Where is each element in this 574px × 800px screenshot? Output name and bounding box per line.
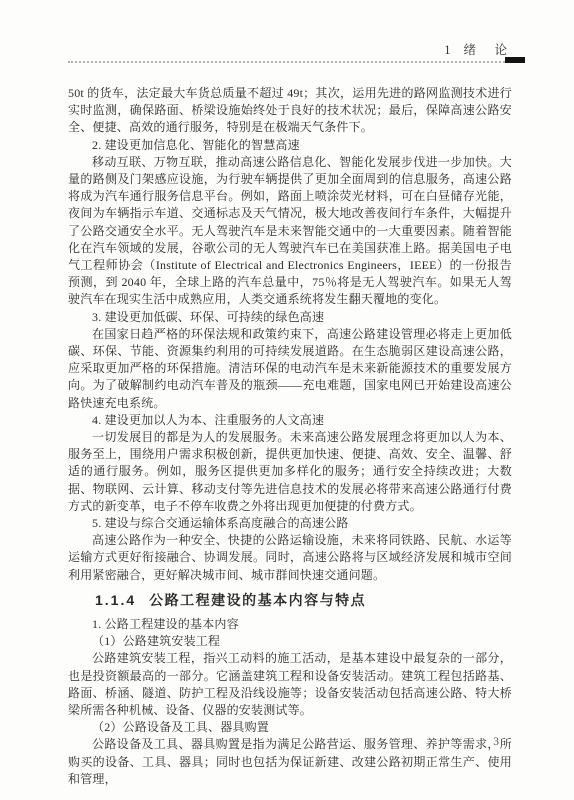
list-item-heading: 5. 建设与综合交通运输体系高度融合的高速公路 xyxy=(68,515,512,532)
paragraph: 一切发展目的都是为人的发展服务。未来高速公路发展理念将更加以人为本、服务至上，围… xyxy=(68,429,512,515)
header-black-tick xyxy=(505,57,525,63)
section-title: 公路工程建设的基本内容与特点 xyxy=(149,592,366,608)
chapter-title: 绪 论 xyxy=(463,43,510,57)
list-item-heading: （1）公路建筑安装工程 xyxy=(68,633,512,650)
header-dotted-rule xyxy=(68,61,512,63)
paragraph: 公路建筑安装工程，指兴工动料的施工活动，是基本建设中最复杂的一部分，也是投资额最… xyxy=(68,650,512,719)
page-body: 50t 的货车，法定最大车货总质量不超过 49t；其次，运用先进的路网监测技术进… xyxy=(68,85,512,788)
list-item-heading: 2. 建设更加信息化、智能化的智慧高速 xyxy=(68,137,512,154)
section-heading: 1.1.4公路工程建设的基本内容与特点 xyxy=(95,592,512,609)
paragraph: 公路设备及工具、器具购置是指为满足公路营运、服务管理、养护等需求，所购买的设备、… xyxy=(68,736,512,788)
chapter-number: 1 xyxy=(444,43,453,57)
running-head: 1绪 论 xyxy=(68,42,512,58)
list-item-heading: 1. 公路工程建设的基本内容 xyxy=(68,616,512,633)
paragraph: 在国家日趋严格的环保法规和政策约束下，高速公路建设管理必将走上更加低碳、环保、节… xyxy=(68,326,512,412)
list-item-heading: （2）公路设备及工具、器具购置 xyxy=(68,719,512,736)
paragraph: 50t 的货车，法定最大车货总质量不超过 49t；其次，运用先进的路网监测技术进… xyxy=(68,85,512,137)
list-item-heading: 4. 建设更加以人为本、注重服务的人文高速 xyxy=(68,412,512,429)
paragraph: 移动互联、万物互联，推动高速公路信息化、智能化发展步伐进一步加快。大量的路侧及门… xyxy=(68,154,512,309)
page-number: 3 xyxy=(493,736,499,748)
book-page: 1绪 论 50t 的货车，法定最大车货总质量不超过 49t；其次，运用先进的路网… xyxy=(0,0,574,800)
page-header: 1绪 论 xyxy=(68,42,512,63)
paragraph: 高速公路作为一种安全、快捷的公路运输设施，未来将同铁路、民航、水运等运输方式更好… xyxy=(68,532,512,584)
list-item-heading: 3. 建设更加低碳、环保、可持续的绿色高速 xyxy=(68,309,512,326)
section-number: 1.1.4 xyxy=(95,592,136,608)
